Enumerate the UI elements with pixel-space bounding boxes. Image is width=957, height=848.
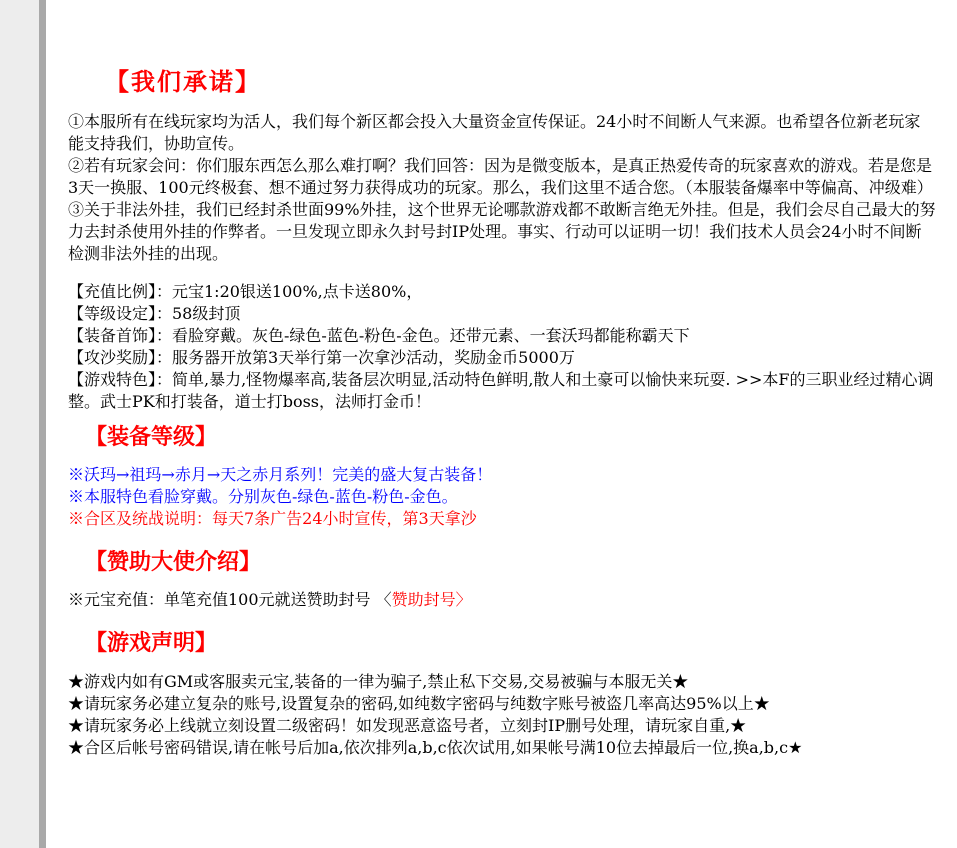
spec-line-equipment: 【装备首饰】：看脸穿戴。灰色-绿色-蓝色-粉色-金色。还带元素、一套沃玛都能称霸… (68, 325, 936, 347)
section-heading-sponsor: 【赞助大使介绍】 (85, 552, 936, 574)
sponsor-title-link[interactable]: 赞助封号〉 (392, 590, 472, 609)
promise-paragraph-2: ②若有玩家会问：你们服东西怎么那么难打啊？我们回答：因为是微变版本，是真正热爱传… (68, 155, 936, 199)
section-heading-promise: 【我们承诺】 (105, 70, 936, 94)
equipment-note-colors: ※本服特色看脸穿戴。分别灰色-绿色-蓝色-粉色-金色。 (68, 486, 936, 508)
server-spec-list: 【充值比例】：元宝1:20银送100%,点卡送80%， 【等级设定】：58级封顶… (68, 281, 936, 413)
statement-line-secondary-password: ★请玩家务必上线就立刻设置二级密码！如发现恶意盗号者，立刻封IP删号处理，请玩家… (68, 715, 936, 737)
page-left-border (39, 0, 46, 848)
section-heading-equipment: 【装备等级】 (85, 427, 936, 449)
sponsor-info-line: ※元宝充值：单笔充值100元就送赞助封号 〈赞助封号〉 (68, 589, 936, 611)
spec-line-recharge: 【充值比例】：元宝1:20银送100%,点卡送80%， (68, 281, 936, 303)
equipment-note-merge-info: ※合区及统战说明：每天7条广告24小时宣传，第3天拿沙 (68, 508, 936, 530)
promise-paragraph-1: ①本服所有在线玩家均为活人，我们每个新区都会投入大量资金宣传保证。24小时不间断… (68, 111, 936, 155)
game-statement-list: ★游戏内如有GM或客服卖元宝,装备的一律为骗子,禁止私下交易,交易被骗与本服无关… (68, 671, 936, 759)
announcement-page: 【我们承诺】 ①本服所有在线玩家均为活人，我们每个新区都会投入大量资金宣传保证。… (46, 0, 957, 848)
equipment-notes: ※沃玛→祖玛→赤月→天之赤月系列！完美的盛大复古装备！ ※本服特色看脸穿戴。分别… (68, 464, 936, 530)
promise-paragraph-3: ③关于非法外挂，我们已经封杀世面99%外挂，这个世界无论哪款游戏都不敢断言绝无外… (68, 199, 936, 265)
promise-paragraphs: ①本服所有在线玩家均为活人，我们每个新区都会投入大量资金宣传保证。24小时不间断… (68, 111, 936, 265)
statement-line-account-security: ★请玩家务必建立复杂的账号,设置复杂的密码,如纯数字密码与纯数字账号被盗几率高达… (68, 693, 936, 715)
section-heading-statement: 【游戏声明】 (85, 633, 936, 655)
statement-line-scam-warning: ★游戏内如有GM或客服卖元宝,装备的一律为骗子,禁止私下交易,交易被骗与本服无关… (68, 671, 936, 693)
statement-line-merge-login-tip: ★合区后帐号密码错误,请在帐号后加a,依次排列a,b,c依次试用,如果帐号满10… (68, 737, 936, 759)
spec-line-sandcity-reward: 【攻沙奖励】：服务器开放第3天举行第一次拿沙活动，奖励金币5000万 (68, 347, 936, 369)
spec-line-game-features: 【游戏特色】：简单,暴力,怪物爆率高,装备层次明显,活动特色鲜明,散人和土豪可以… (68, 369, 936, 413)
spec-line-level-cap: 【等级设定】：58级封顶 (68, 303, 936, 325)
page-left-margin (0, 0, 39, 848)
equipment-note-series: ※沃玛→祖玛→赤月→天之赤月系列！完美的盛大复古装备！ (68, 464, 936, 486)
sponsor-info-text: ※元宝充值：单笔充值100元就送赞助封号 〈 (68, 590, 392, 609)
